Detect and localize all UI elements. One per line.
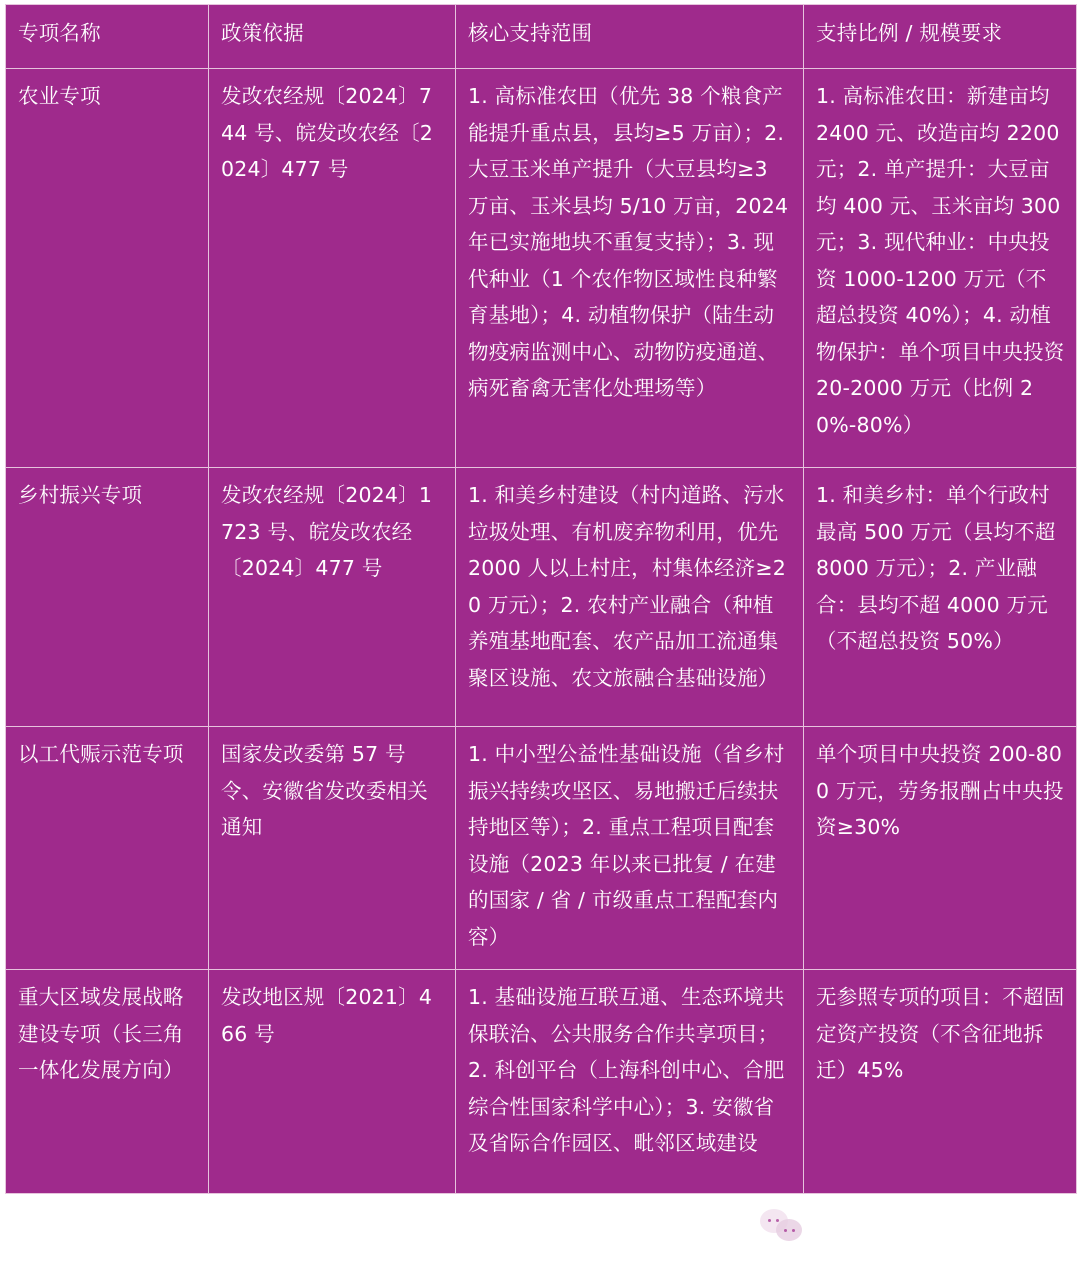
- cell-ratio: 1. 和美乡村：单个行政村最高 500 万元（县均不超 8000 万元）；2. …: [804, 468, 1077, 727]
- cell-name: 以工代赈示范专项: [6, 727, 209, 970]
- cell-name: 农业专项: [6, 69, 209, 468]
- policy-table: 专项名称 政策依据 核心支持范围 支持比例 / 规模要求 农业专项 发改农经规〔…: [5, 4, 1077, 1194]
- cell-scope: 1. 中小型公益性基础设施（省乡村振兴持续攻坚区、易地搬迁后续扶持地区等）；2.…: [456, 727, 804, 970]
- table-row: 以工代赈示范专项 国家发改委第 57 号令、安徽省发改委相关通知 1. 中小型公…: [6, 727, 1077, 970]
- header-scope: 核心支持范围: [456, 5, 804, 69]
- table-row: 乡村振兴专项 发改农经规〔2024〕1723 号、皖发改农经〔2024〕477 …: [6, 468, 1077, 727]
- cell-ratio: 1. 高标准农田：新建亩均 2400 元、改造亩均 2200 元；2. 单产提升…: [804, 69, 1077, 468]
- header-name: 专项名称: [6, 5, 209, 69]
- cell-basis: 发改地区规〔2021〕466 号: [209, 970, 456, 1194]
- cell-scope: 1. 基础设施互联互通、生态环境共保联治、公共服务合作共享项目；2. 科创平台（…: [456, 970, 804, 1194]
- cell-name: 乡村振兴专项: [6, 468, 209, 727]
- cell-scope: 1. 高标准农田（优先 38 个粮食产能提升重点县，县均≥5 万亩）；2. 大豆…: [456, 69, 804, 468]
- header-ratio: 支持比例 / 规模要求: [804, 5, 1077, 69]
- table-row: 重大区域发展战略建设专项（长三角一体化发展方向） 发改地区规〔2021〕466 …: [6, 970, 1077, 1194]
- watermark: 公众号 · 搜马答词: [760, 1205, 1035, 1244]
- cell-ratio: 无参照专项的项目：不超固定资产投资（不含征地拆迁）45%: [804, 970, 1077, 1194]
- cell-basis: 国家发改委第 57 号令、安徽省发改委相关通知: [209, 727, 456, 970]
- table-row: 农业专项 发改农经规〔2024〕744 号、皖发改农经〔2024〕477 号 1…: [6, 69, 1077, 468]
- cell-ratio: 单个项目中央投资 200-800 万元，劳务报酬占中央投资≥30%: [804, 727, 1077, 970]
- cell-name: 重大区域发展战略建设专项（长三角一体化发展方向）: [6, 970, 209, 1194]
- cell-basis: 发改农经规〔2024〕1723 号、皖发改农经〔2024〕477 号: [209, 468, 456, 727]
- watermark-text: 公众号 · 搜马答词: [810, 1205, 1035, 1244]
- cell-basis: 发改农经规〔2024〕744 号、皖发改农经〔2024〕477 号: [209, 69, 456, 468]
- header-basis: 政策依据: [209, 5, 456, 69]
- policy-table-container: 专项名称 政策依据 核心支持范围 支持比例 / 规模要求 农业专项 发改农经规〔…: [5, 4, 1076, 1194]
- table-header-row: 专项名称 政策依据 核心支持范围 支持比例 / 规模要求: [6, 5, 1077, 69]
- cell-scope: 1. 和美乡村建设（村内道路、污水垃圾处理、有机废弃物利用，优先 2000 人以…: [456, 468, 804, 727]
- wechat-icon: [760, 1207, 804, 1243]
